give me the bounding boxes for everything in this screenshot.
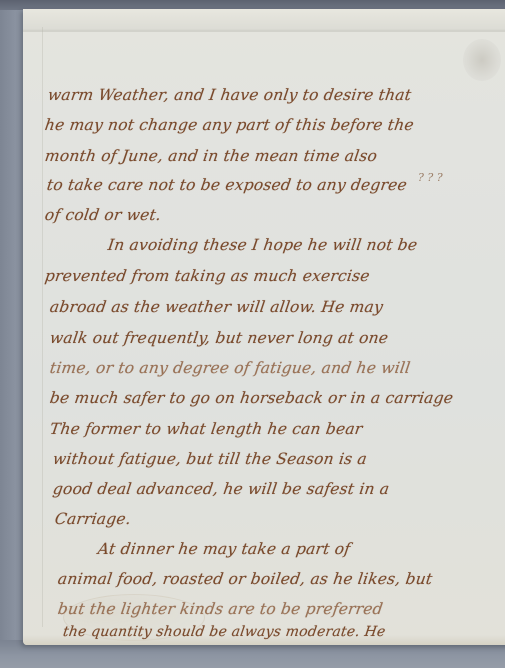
marginal-note: ? ? ? <box>418 171 443 184</box>
text-line-13: without fatigue, but till the Season is … <box>52 450 368 468</box>
text-line-10: time, or to any degree of fatigue, and h… <box>49 359 412 377</box>
page-top-fold <box>23 9 505 32</box>
text-line-14: good deal advanced, he will be safest in… <box>52 480 391 498</box>
manuscript-page: warm Weather, and I have only to desire … <box>23 9 505 645</box>
text-line-18: but the lighter kinds are to be preferre… <box>57 600 384 618</box>
text-line-17: animal food, roasted or boiled, as he li… <box>57 570 434 588</box>
text-line-6: In avoiding these I hope he will not be <box>107 236 419 254</box>
text-line-16: At dinner he may take a part of <box>97 540 352 558</box>
text-line-11: be much safer to go on horseback or in a… <box>49 389 455 407</box>
text-line-1: warm Weather, and I have only to desire … <box>47 86 413 104</box>
text-line-3: month of June, and in the mean time also <box>44 147 379 165</box>
text-line-8: abroad as the weather will allow. He may <box>49 298 385 316</box>
text-line-19: the quantity should be always moderate. … <box>62 624 387 640</box>
page-crease <box>42 27 43 627</box>
paper-stain <box>463 39 501 81</box>
text-line-5: of cold or wet. <box>44 206 163 224</box>
text-line-12: The former to what length he can bear <box>49 420 364 438</box>
text-line-2: he may not change any part of this befor… <box>44 116 415 134</box>
text-line-4: to take care not to be exposed to any de… <box>46 176 409 194</box>
text-line-9: walk out frequently, but never long at o… <box>49 329 390 347</box>
text-line-15: Carriage. <box>54 510 132 528</box>
text-line-7: prevented from taking as much exercise <box>44 267 371 285</box>
